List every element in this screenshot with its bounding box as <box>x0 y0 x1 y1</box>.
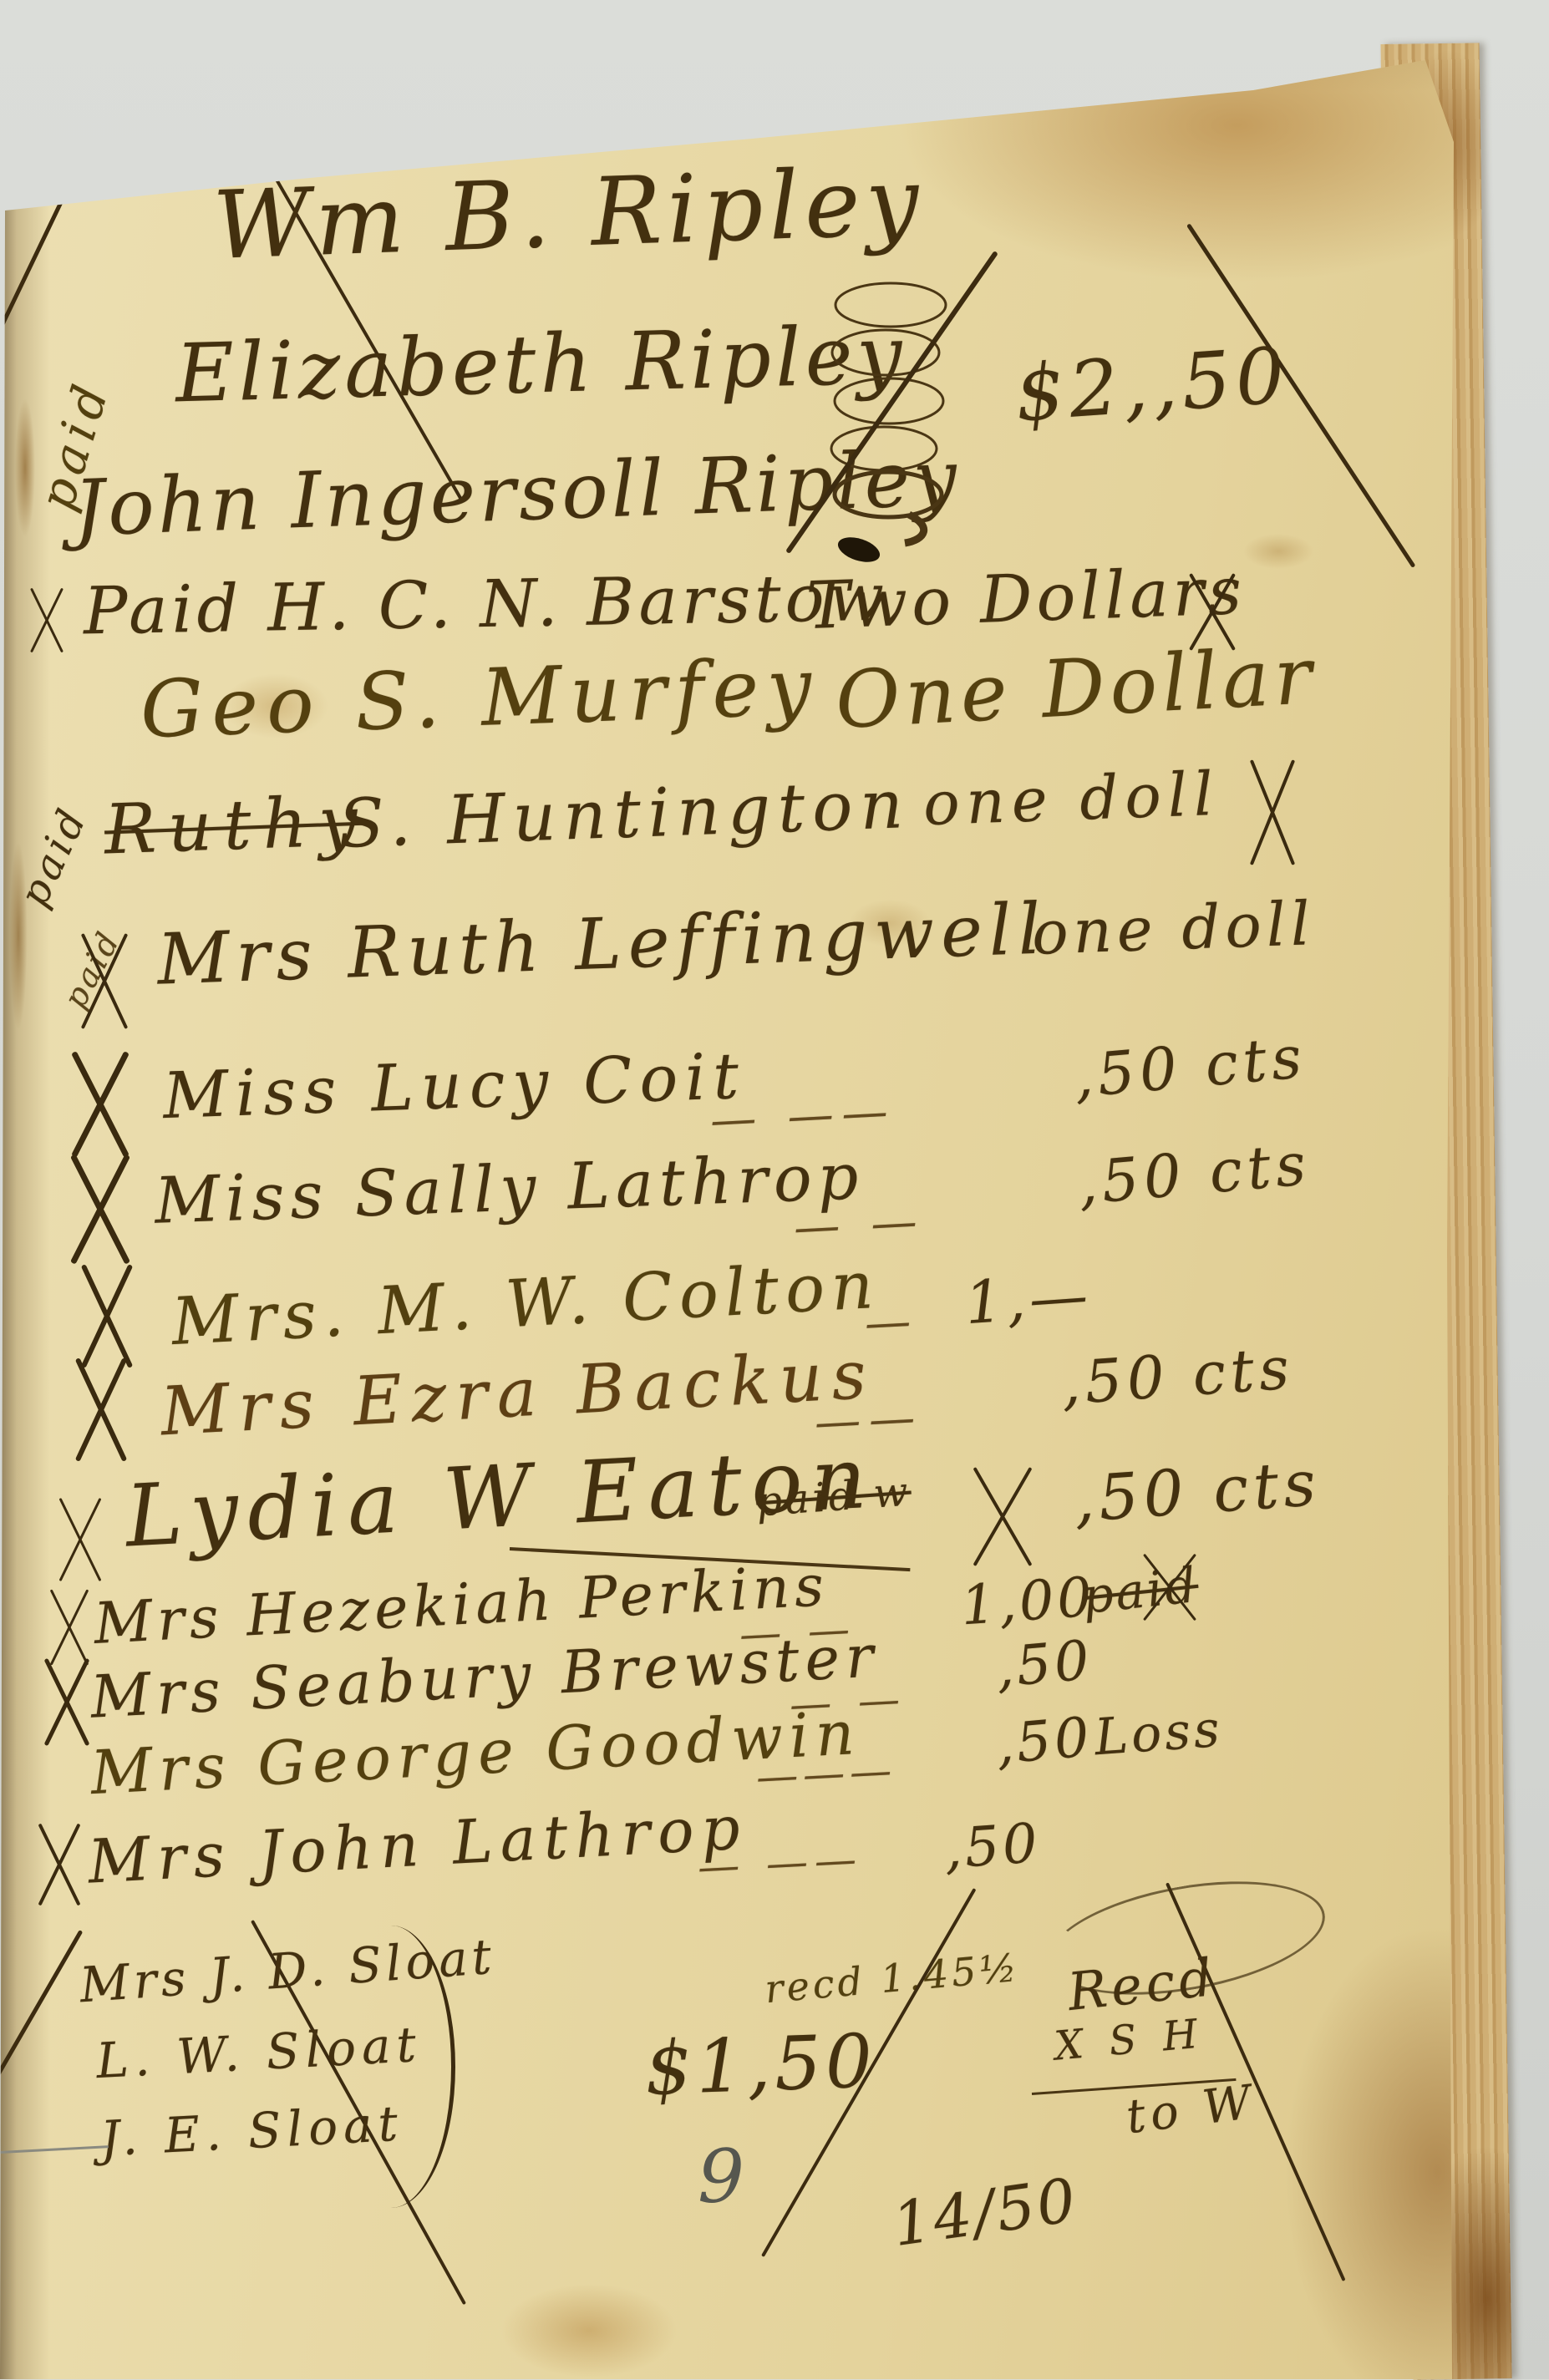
spiral-flourish <box>825 276 959 551</box>
entry-amount: ,50 <box>993 1710 1094 1773</box>
entry-amount: ,50 cts <box>1071 1028 1308 1106</box>
entry-name: L. W. Sloat <box>95 2020 423 2085</box>
entry-name: Mrs Ruth Leffingwell <box>156 893 1049 994</box>
entry-amount: $1,50 <box>644 2024 878 2106</box>
x-mark <box>71 929 138 1033</box>
x-mark <box>60 1149 140 1270</box>
entry-name: Elizabeth Ripley <box>175 315 907 414</box>
cross-out-stroke <box>0 1930 83 2311</box>
fraction-note: 14/50 <box>889 2169 1081 2255</box>
x-mark <box>60 1046 140 1163</box>
entry-amount: 1,— <box>963 1266 1094 1332</box>
entry-name-struck: Ruthy <box>104 787 370 865</box>
loss-note: Loss <box>1093 1704 1224 1763</box>
entry-name: Geo S. Murfey <box>140 648 821 750</box>
entry-amount-words: One Dollar <box>834 637 1318 741</box>
entry-amount-words: one doll <box>1031 893 1316 963</box>
dash-fill: ——— <box>755 1749 897 1799</box>
entry-name: Mrs John Lathrop <box>87 1797 749 1891</box>
x-mark <box>23 585 69 656</box>
x-mark <box>1235 756 1310 869</box>
dash-fill: — — <box>793 1198 927 1251</box>
to-note: to W <box>1124 2079 1258 2142</box>
entry-amount: 1,00 <box>959 1570 1097 1633</box>
pencil-number: 9 <box>698 2140 744 2214</box>
entry-name: J. E. Sloat <box>99 2099 404 2164</box>
entry-name: S. Huntington <box>338 771 912 858</box>
entry-name: Miss Lucy Coit <box>162 1044 747 1128</box>
entry-name: Wm B. Ripley <box>211 155 926 273</box>
entry-name: Miss Sally Lathrop <box>154 1144 866 1233</box>
x-mark <box>35 1654 98 1750</box>
entry-amount-words: one doll <box>922 764 1221 834</box>
margin-paid-note: paid <box>13 800 94 912</box>
entry-amount: ,50 cts <box>1072 1452 1323 1531</box>
x-mark <box>48 1494 111 1586</box>
entry-name: Paid H. C. N. Barstow <box>83 566 889 645</box>
x-mark <box>1120 1545 1220 1629</box>
dash-fill: — —— <box>709 1088 897 1144</box>
entry-name: Mrs Ezra Backus <box>159 1342 876 1446</box>
dash-fill: — —— <box>697 1838 864 1888</box>
initials-note: X S H <box>1053 2013 1206 2066</box>
inline-paid-note: paid w <box>755 1472 913 1523</box>
received-note: recd 1.45½ <box>764 1948 1022 2009</box>
entry-amount: $2,,50 <box>1013 337 1292 434</box>
x-mark <box>30 1819 89 1910</box>
x-mark <box>961 1460 1044 1573</box>
entry-amount: ,50 cts <box>1075 1134 1313 1213</box>
pencil-dash <box>0 2145 109 2154</box>
manuscript-page: paid Wm B. Ripley Elizabeth Ripley John … <box>0 0 1549 2379</box>
x-mark <box>65 1353 136 1466</box>
entry-amount: ,50 <box>942 1816 1043 1877</box>
entry-amount: ,50 cts <box>1059 1338 1296 1413</box>
entry-amount: ,50 <box>993 1633 1094 1696</box>
received-mark: Recd <box>1065 1951 1218 2018</box>
